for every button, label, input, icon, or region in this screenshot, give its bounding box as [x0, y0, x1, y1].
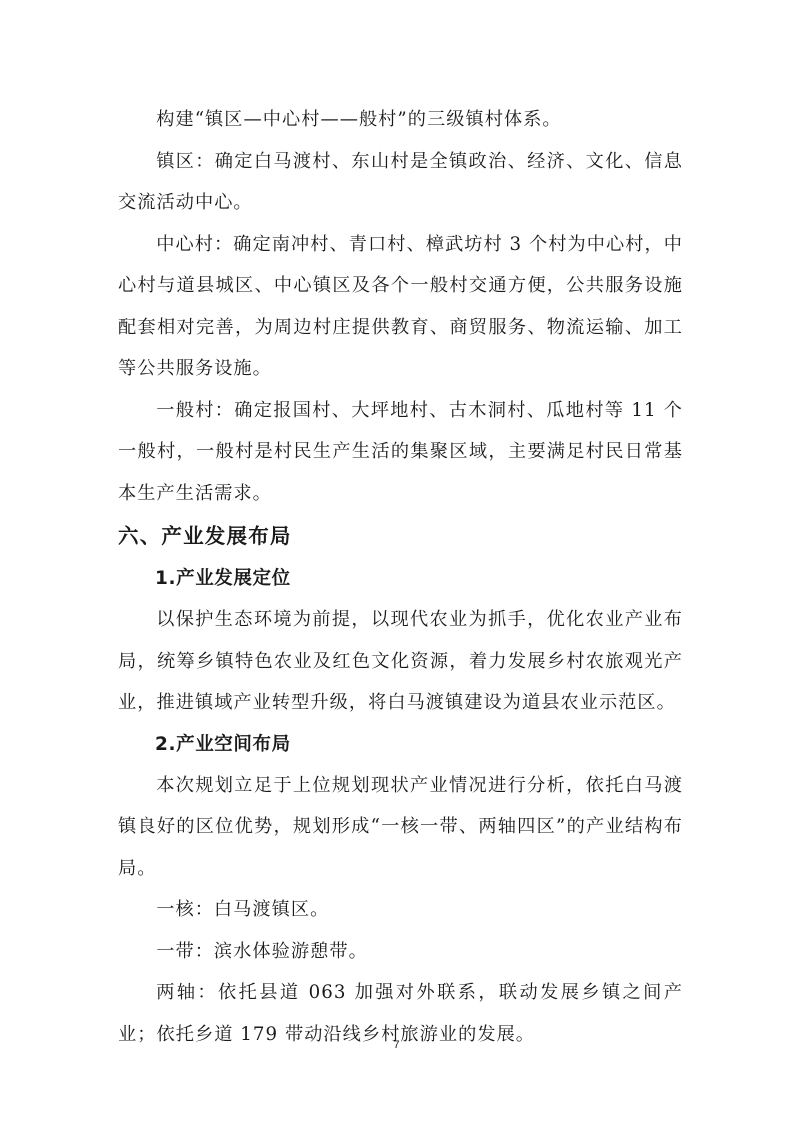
document-page: 构建“镇区—中心村——般村”的三级镇村体系。 镇区：确定白马渡村、东山村是全镇政… [0, 0, 793, 1122]
paragraph-town-village-system: 构建“镇区—中心村——般村”的三级镇村体系。 [118, 99, 683, 141]
paragraph-one-core: 一核：白马渡镇区。 [118, 889, 683, 931]
subsection-heading-spatial-layout: 2.产业空间布局 [118, 724, 683, 765]
paragraph-one-belt: 一带：滨水体验游憩带。 [118, 931, 683, 973]
subsection-heading-industry-positioning: 1.产业发展定位 [118, 558, 683, 599]
paragraph-central-villages: 中心村：确定南冲村、青口村、樟武坊村 3 个村为中心村，中心村与道县城区、中心镇… [118, 224, 683, 390]
paragraph-spatial-layout-intro: 本次规划立足于上位规划现状产业情况进行分析，依托白马渡镇良好的区位优势，规划形成… [118, 765, 683, 890]
page-content: 构建“镇区—中心村——般村”的三级镇村体系。 镇区：确定白马渡村、东山村是全镇政… [118, 99, 683, 1055]
section-heading-industry-layout: 六、产业发展布局 [118, 515, 683, 558]
paragraph-general-villages: 一般村：确定报国村、大坪地村、古木洞村、瓜地村等 11 个一般村，一般村是村民生… [118, 390, 683, 515]
page-number: 7 [0, 1039, 793, 1051]
paragraph-town-area: 镇区：确定白马渡村、东山村是全镇政治、经济、文化、信息交流活动中心。 [118, 141, 683, 224]
paragraph-industry-positioning: 以保护生态环境为前提，以现代农业为抓手，优化农业产业布局，统筹乡镇特色农业及红色… [118, 599, 683, 724]
